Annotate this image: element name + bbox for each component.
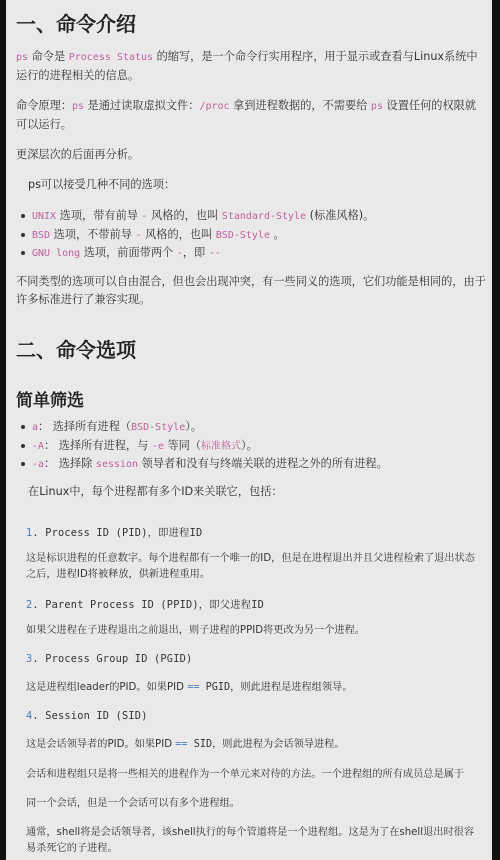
- list-item: BSD 选项，不带前导 - 风格的，也叫 BSD-Style 。: [16, 226, 374, 245]
- section-heading-options: 二、命令选项: [16, 334, 136, 363]
- section-heading-intro: 一、命令介绍: [16, 8, 136, 37]
- id-heading-sid: 4. Session ID (SID): [26, 710, 148, 722]
- id-description-sid: 这是会话领导者的PID。如果PID == SID，则此进程为会话领导进程。: [26, 737, 484, 753]
- id-heading-pid: 1. Process ID (PID)，即进程ID: [26, 524, 202, 539]
- inline-code: Process Status: [69, 52, 153, 63]
- paragraph-session-groups-cont: 同一个会话，但是一个会话可以有多个进程组。: [26, 796, 484, 812]
- inline-code: ps: [371, 101, 383, 112]
- id-heading-pgid: 3. Process Group ID (PGID): [26, 653, 192, 665]
- options-list: UNIX 选项，带有前导 - 风格的，也叫 Standard-Style (标准…: [16, 207, 374, 263]
- paragraph-id-intro: 在Linux中，每个进程都有多个ID来关联它，包括：: [28, 483, 492, 501]
- inline-code: ps: [72, 101, 84, 112]
- filter-options-list: a： 选择所有进程（BSD-Style）。 -A： 选择所有进程，与 -e 等同…: [16, 418, 388, 474]
- paragraph-options-intro: ps可以接受几种不同的选项：: [28, 176, 492, 194]
- inline-code: ps: [16, 52, 28, 63]
- id-description-pid: 这是标识进程的任意数字。每个进程都有一个唯一的ID，但是在进程退出并且父进程检索…: [26, 551, 484, 583]
- paragraph-ps-principle: 命令原理：ps 是通过读取虚拟文件：/proc 拿到进程数据的，不需要给 ps …: [16, 97, 486, 134]
- inline-code: /proc: [199, 101, 229, 112]
- list-item: a： 选择所有进程（BSD-Style）。: [16, 418, 388, 437]
- paragraph-session-groups: 会话和进程组只是将一些相关的进程作为一个单元来对待的方法。一个进程组的所有成员总…: [26, 767, 484, 783]
- subsection-heading-simple-filter: 简单筛选: [16, 386, 84, 411]
- id-description-pgid: 这是进程组leader的PID。如果PID == PGID，则此进程是进程组领导…: [26, 680, 484, 696]
- list-item: -a： 选择除 session 领导者和没有与终端关联的进程之外的所有进程。: [16, 455, 388, 474]
- document-page: 一、命令介绍 ps 命令是 Process Status 的缩写，是一个命令行实…: [6, 0, 492, 860]
- paragraph-ps-definition: ps 命令是 Process Status 的缩写，是一个命令行实用程序，用于显…: [16, 48, 486, 85]
- list-item: UNIX 选项，带有前导 - 风格的，也叫 Standard-Style (标准…: [16, 207, 374, 226]
- paragraph-deeper-analysis: 更深层次的后面再分析。: [16, 146, 486, 164]
- list-item: GNU long 选项，前面带两个 -，即 --: [16, 244, 374, 263]
- paragraph-mixed-options: 不同类型的选项可以自由混合，但也会出现冲突，有一些同义的选项，它们功能是相同的，…: [16, 273, 486, 309]
- list-item: -A： 选择所有进程，与 -e 等同（标准格式）。: [16, 437, 388, 456]
- id-heading-ppid: 2. Parent Process ID (PPID)，即父进程ID: [26, 596, 264, 611]
- id-description-ppid: 如果父进程在子进程退出之前退出，则子进程的PPID将更改为另一个进程。: [26, 623, 484, 639]
- paragraph-shell-leader: 通常，shell将是会话领导者，该shell执行的每个管道将是一个进程组。这是为…: [26, 825, 484, 857]
